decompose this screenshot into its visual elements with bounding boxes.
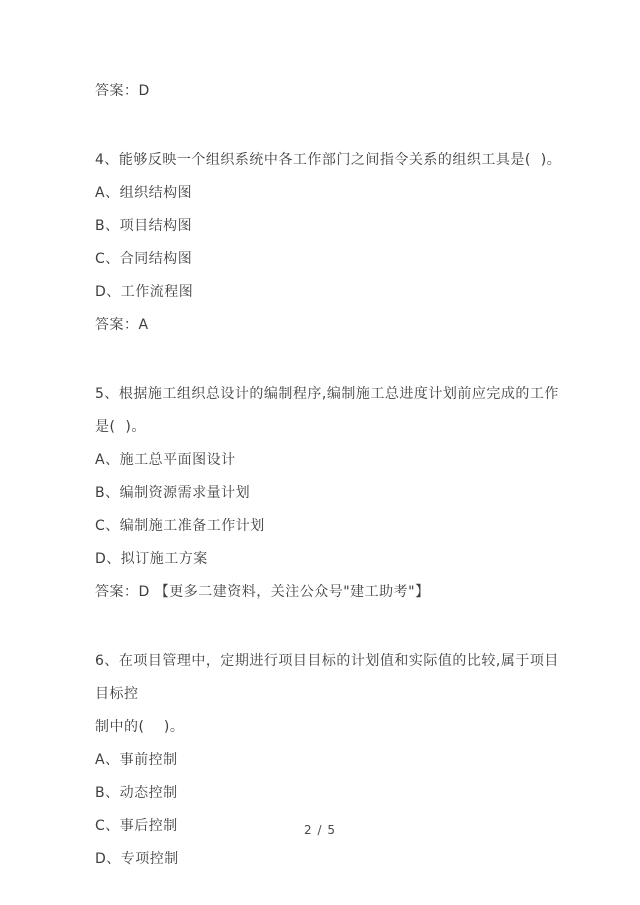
question-4-option-b: B、项目结构图: [95, 210, 563, 243]
question-4-answer: 答案：A: [95, 309, 563, 342]
question-5-option-a: A、施工总平面图设计: [95, 444, 563, 477]
answer-line-previous-question: 答案：D: [95, 75, 563, 108]
question-6-text-line2: 制中的( )。: [95, 711, 563, 744]
question-6-option-d: D、专项控制: [95, 843, 563, 876]
question-4-option-a: A、组织结构图: [95, 177, 563, 210]
question-6-text-line1: 6、在项目管理中，定期进行项目目标的计划值和实际值的比较,属于项目目标控: [95, 645, 563, 711]
question-4-option-c: C、合同结构图: [95, 243, 563, 276]
question-5-text: 5、根据施工组织总设计的编制程序,编制施工总进度计划前应完成的工作是( )。: [95, 378, 563, 444]
question-5-option-d: D、拟订施工方案: [95, 543, 563, 576]
question-6-option-b: B、动态控制: [95, 777, 563, 810]
page-number: 2 / 5: [304, 823, 336, 837]
question-5-answer: 答案：D 【更多二建资料，关注公众号"建工助考"】: [95, 576, 563, 609]
question-5-option-c: C、编制施工准备工作计划: [95, 510, 563, 543]
question-5-option-b: B、编制资源需求量计划: [95, 477, 563, 510]
question-5-block: 5、根据施工组织总设计的编制程序,编制施工总进度计划前应完成的工作是( )。 A…: [95, 378, 563, 609]
question-4-option-d: D、工作流程图: [95, 276, 563, 309]
question-6-option-a: A、事前控制: [95, 744, 563, 777]
document-text-area: 答案：D 4、能够反映一个组织系统中各工作部门之间指令关系的组织工具是( )。 …: [95, 75, 563, 876]
question-6-block: 6、在项目管理中，定期进行项目目标的计划值和实际值的比较,属于项目目标控 制中的…: [95, 645, 563, 876]
question-4-text: 4、能够反映一个组织系统中各工作部门之间指令关系的组织工具是( )。: [95, 144, 563, 177]
page-footer: 2 / 5: [0, 820, 640, 840]
question-4-block: 4、能够反映一个组织系统中各工作部门之间指令关系的组织工具是( )。 A、组织结…: [95, 144, 563, 342]
document-page: 答案：D 4、能够反映一个组织系统中各工作部门之间指令关系的组织工具是( )。 …: [0, 0, 640, 905]
